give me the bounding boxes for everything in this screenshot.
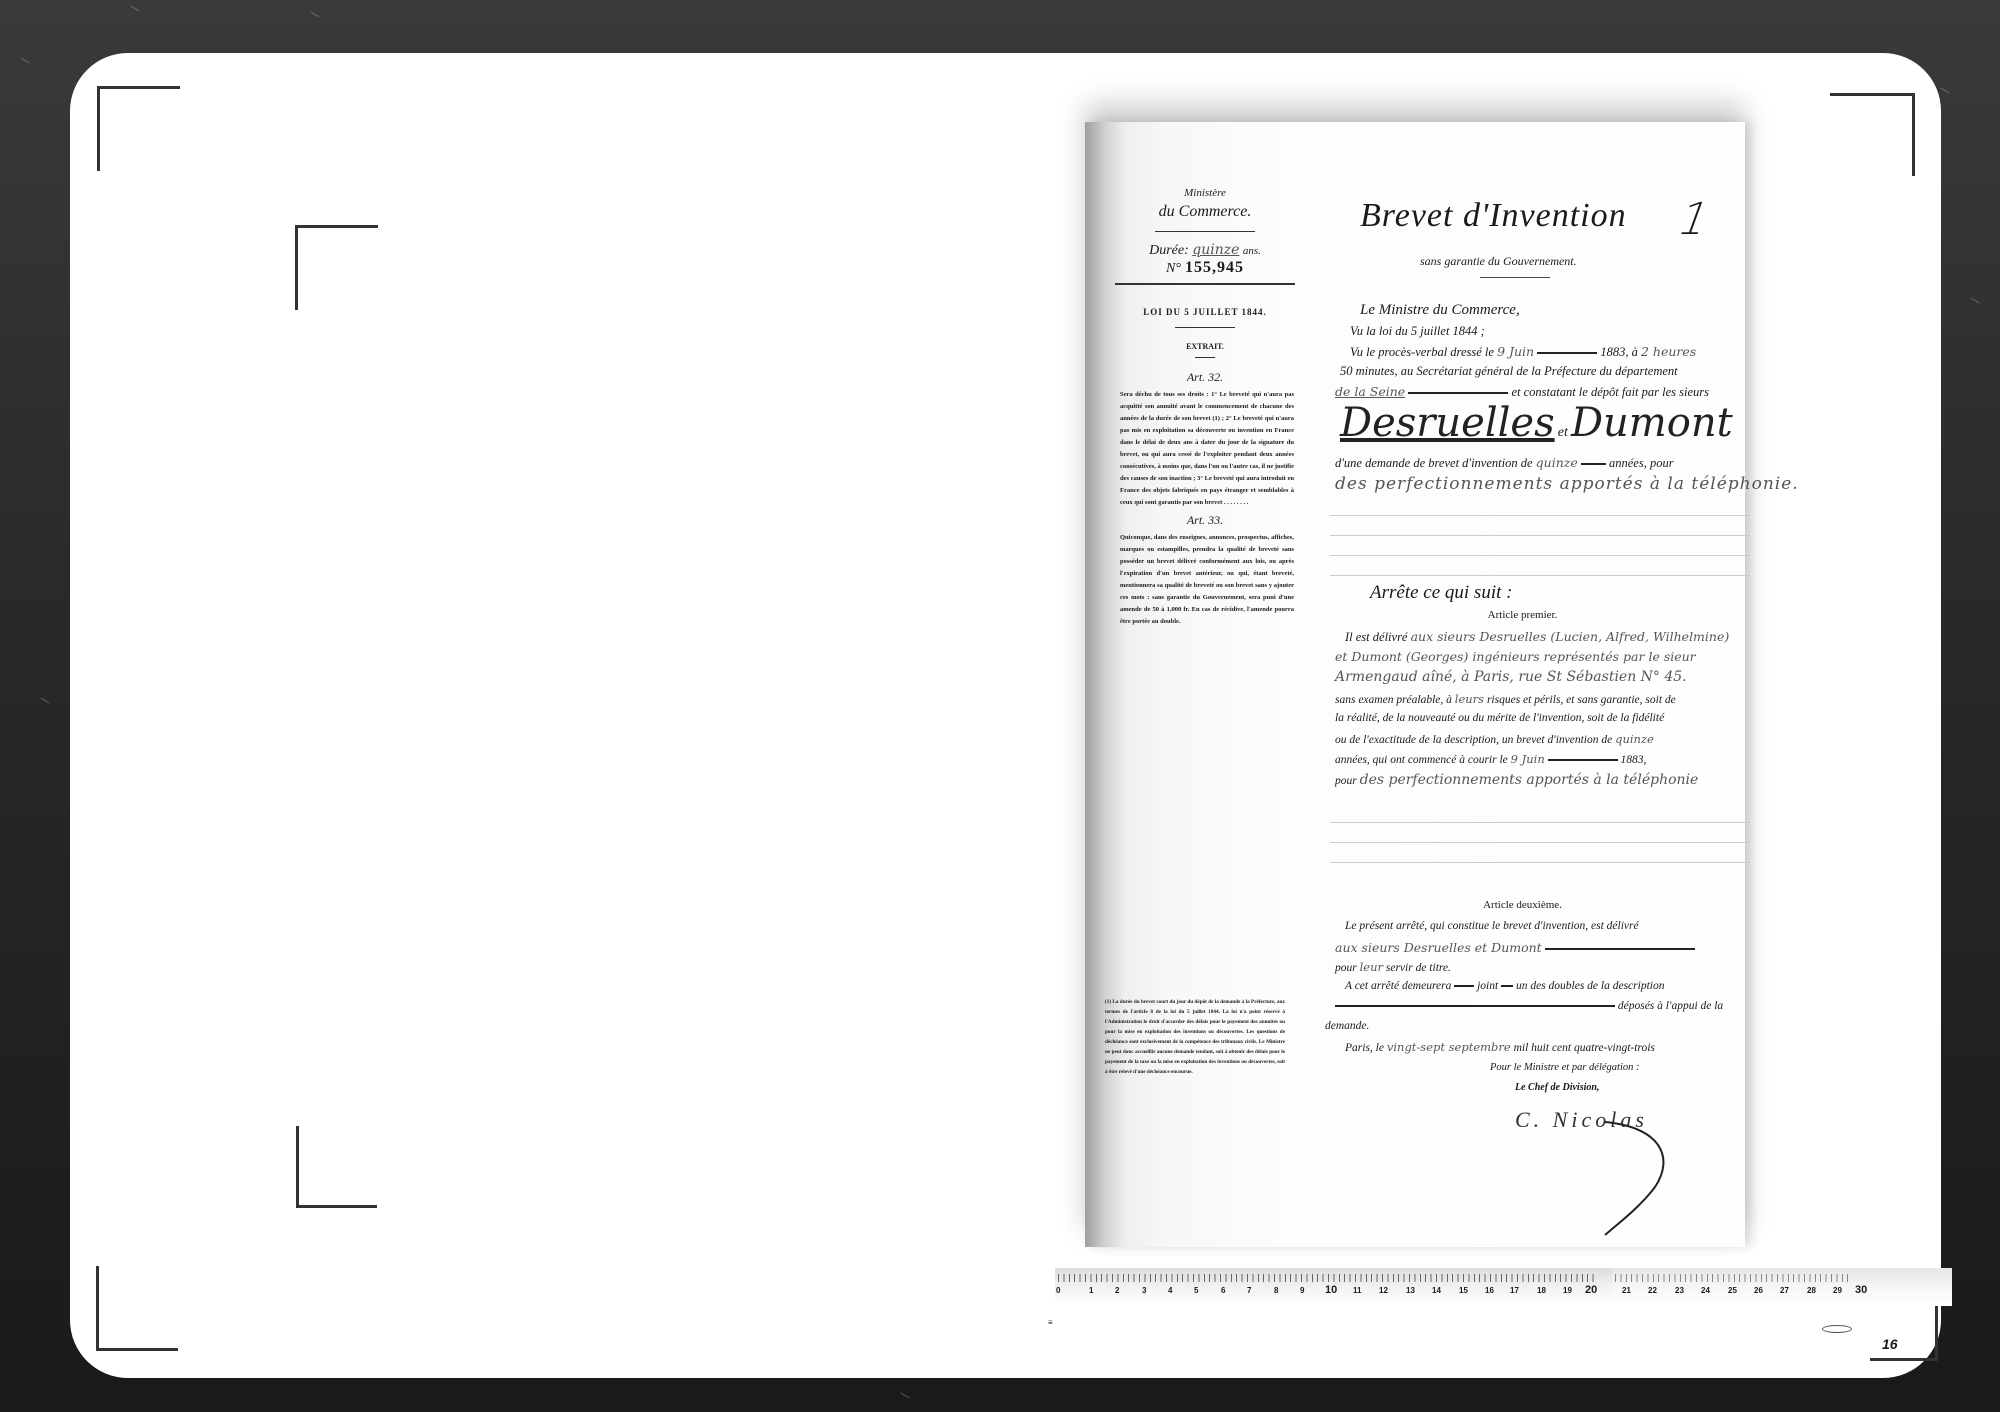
and-text: et bbox=[1558, 425, 1568, 440]
article-32-text: Sera déchu de tous ses droits : 1° Le br… bbox=[1110, 389, 1300, 509]
blank-line bbox=[1581, 463, 1606, 465]
a1-l4-prefix: sans examen préalable, à bbox=[1335, 694, 1452, 706]
ruler-label: 6 bbox=[1221, 1286, 1225, 1295]
empty-ruled-line bbox=[1330, 555, 1750, 556]
a1-l6-prefix: ou de l'exactitude de la description, un… bbox=[1335, 734, 1612, 746]
minister-heading: Le Ministre du Commerce, bbox=[1360, 302, 1520, 319]
ruler-label: 22 bbox=[1648, 1286, 1657, 1295]
blank-line bbox=[1501, 985, 1513, 987]
crop-mark-bottom-left-outer bbox=[96, 1266, 178, 1351]
article-2-line-4: A cet arrêté demeurera joint un des doub… bbox=[1345, 980, 1664, 992]
blank-line bbox=[1545, 948, 1695, 950]
a2-l3-prefix: pour bbox=[1335, 962, 1357, 974]
demand-line: d'une demande de brevet d'invention de q… bbox=[1335, 455, 1674, 471]
article-2-line-6: demande. bbox=[1325, 1020, 1369, 1032]
article-2-line-1: Le présent arrêté, qui constitue le brev… bbox=[1345, 920, 1639, 932]
ruler-label: 13 bbox=[1406, 1286, 1415, 1295]
ruler-label: 5 bbox=[1194, 1286, 1198, 1295]
a2-l4-a: A cet arrêté demeurera bbox=[1345, 980, 1451, 992]
demand-suffix: années, pour bbox=[1609, 456, 1674, 470]
ruler-label: 9 bbox=[1300, 1286, 1304, 1295]
archive-stamp-icon bbox=[1822, 1325, 1852, 1333]
ruler-label: 26 bbox=[1754, 1286, 1763, 1295]
demand-prefix: d'une demande de brevet d'invention de bbox=[1335, 456, 1533, 470]
ruler-label: 3 bbox=[1142, 1286, 1146, 1295]
duration-field: Durée: quinze ans. bbox=[1110, 242, 1300, 259]
applicant-2: Dumont bbox=[1571, 400, 1733, 446]
ruler-label: 1 bbox=[1089, 1286, 1093, 1295]
a1-l7-year: 1883, bbox=[1620, 754, 1646, 766]
duration-unit: ans. bbox=[1243, 245, 1261, 257]
article-1-line-2: et Dumont (Georges) ingénieurs représent… bbox=[1335, 649, 1696, 664]
ruler-label: 16 bbox=[1485, 1286, 1494, 1295]
a2-l5-text: déposés à l'appui de la bbox=[1618, 1000, 1723, 1012]
document-title: Brevet d'Invention bbox=[1360, 197, 1627, 235]
a1-l8-fill: des perfectionnements apportés à la télé… bbox=[1360, 772, 1699, 788]
article-1-line-5: la réalité, de la nouveauté ou du mérite… bbox=[1335, 712, 1664, 724]
a2-l4-b: joint bbox=[1477, 980, 1498, 992]
ruler-label: 4 bbox=[1168, 1286, 1172, 1295]
article-2-line-5: déposés à l'appui de la bbox=[1335, 1000, 1723, 1012]
ruler-label: 28 bbox=[1807, 1286, 1816, 1295]
crop-mark-top-left-inner bbox=[295, 225, 378, 310]
ruler-label: 15 bbox=[1459, 1286, 1468, 1295]
article-33-title: Art. 33. bbox=[1110, 513, 1300, 528]
blank-line bbox=[1335, 1005, 1615, 1007]
ruler-label: 0 bbox=[1056, 1286, 1060, 1295]
subtitle-rule bbox=[1480, 277, 1550, 278]
ruler-label: 19 bbox=[1563, 1286, 1572, 1295]
page-number: 16 bbox=[1882, 1336, 1898, 1352]
document-sidebar: Ministère du Commerce. Durée: quinze ans… bbox=[1110, 122, 1300, 628]
article-2-line-2: aux sieurs Desruelles et Dumont bbox=[1335, 940, 1695, 956]
duration-value: quinze bbox=[1192, 242, 1239, 258]
law-heading: LOI DU 5 JUILLET 1844. bbox=[1110, 307, 1300, 317]
deposit-text: et constatant le dépôt fait par les sieu… bbox=[1511, 385, 1709, 399]
article-1-line-1: Il est délivré aux sieurs Desruelles (Lu… bbox=[1345, 629, 1729, 645]
section-rule bbox=[1115, 283, 1295, 285]
article-1-heading: Article premier. bbox=[1310, 609, 1735, 621]
patent-number-value: 155,945 bbox=[1185, 259, 1244, 276]
article-32-title: Art. 32. bbox=[1110, 370, 1300, 385]
ruler-label: 18 bbox=[1537, 1286, 1546, 1295]
measurement-ruler: 0 1 2 3 4 5 6 7 8 9 10 11 12 13 14 15 16… bbox=[1055, 1268, 1615, 1306]
ruler-label: 24 bbox=[1701, 1286, 1710, 1295]
a1-l4-fill: leurs bbox=[1455, 692, 1484, 706]
ruler-label: 11 bbox=[1353, 1286, 1361, 1295]
a2-l3-suffix: servir de titre. bbox=[1386, 962, 1451, 974]
ruler-label: 10 bbox=[1325, 1284, 1337, 1296]
patent-number-label: N° bbox=[1166, 261, 1181, 276]
applicants-line: Desruelles et Dumont bbox=[1340, 400, 1733, 446]
law-footnote: (1) La durée du brevet court du jour du … bbox=[1105, 997, 1285, 1077]
blank-line bbox=[1537, 352, 1597, 354]
ornament-rule bbox=[1155, 231, 1255, 232]
ruler-label: 14 bbox=[1432, 1286, 1441, 1295]
delegation-line: Pour le Ministre et par délégation : bbox=[1490, 1062, 1640, 1073]
empty-ruled-line bbox=[1330, 842, 1750, 843]
ruler-label: 17 bbox=[1510, 1286, 1519, 1295]
article-1-line-6: ou de l'exactitude de la description, un… bbox=[1335, 732, 1654, 746]
article-2-line-3: pour leur servir de titre. bbox=[1335, 960, 1451, 974]
ruler-label: 27 bbox=[1780, 1286, 1789, 1295]
folio-mark: 1 bbox=[1671, 194, 1718, 245]
extract-rule bbox=[1195, 357, 1215, 358]
ruler-label: 12 bbox=[1379, 1286, 1388, 1295]
archive-mark: ≡ bbox=[1048, 1318, 1053, 1327]
invention-title: des perfectionnements apportés à la télé… bbox=[1335, 474, 1799, 494]
crop-mark-top-right bbox=[1830, 93, 1915, 176]
article-33-text: Quiconque, dans des enseignes, annonces,… bbox=[1110, 532, 1300, 628]
signature-flourish bbox=[1600, 1117, 1680, 1237]
empty-ruled-line bbox=[1330, 515, 1750, 516]
ruler-label: 30 bbox=[1855, 1284, 1867, 1296]
department-line: de la Seine et constatant le dépôt fait … bbox=[1335, 384, 1709, 400]
place-date-suffix: mil huit cent quatre-vingt-trois bbox=[1514, 1042, 1655, 1054]
empty-ruled-line bbox=[1330, 575, 1750, 576]
crop-mark-top-left-outer bbox=[97, 86, 180, 171]
empty-ruled-line bbox=[1330, 862, 1750, 863]
document-subtitle: sans garantie du Gouvernement. bbox=[1420, 254, 1577, 269]
ruler-label: 8 bbox=[1274, 1286, 1278, 1295]
blank-line bbox=[1408, 392, 1508, 394]
article-1-line-7: années, qui ont commencé à courir le 9 J… bbox=[1335, 752, 1646, 766]
ruler-ticks bbox=[1058, 1274, 1598, 1282]
pv-date: 9 Juin bbox=[1497, 344, 1534, 359]
patent-number-field: N° 155,945 bbox=[1110, 259, 1300, 277]
applicant-1: Desruelles bbox=[1340, 400, 1555, 446]
a2-l3-fill: leur bbox=[1360, 960, 1383, 974]
extract-label: EXTRAIT. bbox=[1110, 342, 1300, 351]
article-1-line-3: Armengaud aîné, à Paris, rue St Sébastie… bbox=[1335, 669, 1687, 685]
place-date-prefix: Paris, le bbox=[1345, 1042, 1384, 1054]
department-value: de la Seine bbox=[1335, 384, 1405, 399]
pv-year: 1883, à bbox=[1600, 345, 1638, 359]
arrete-heading: Arrête ce qui suit : bbox=[1370, 582, 1512, 604]
ruler-label: 21 bbox=[1622, 1286, 1631, 1295]
law-reference: Vu la loi du 5 juillet 1844 ; bbox=[1350, 324, 1485, 339]
empty-ruled-line bbox=[1330, 535, 1750, 536]
ruler-label: 7 bbox=[1247, 1286, 1251, 1295]
empty-ruled-line bbox=[1330, 822, 1750, 823]
place-date-line: Paris, le vingt-sept septembre mil huit … bbox=[1345, 1040, 1655, 1054]
a1-grantees: aux sieurs Desruelles (Lucien, Alfred, W… bbox=[1411, 629, 1730, 644]
article-1-line-8: pour des perfectionnements apportés à la… bbox=[1335, 772, 1698, 788]
law-rule bbox=[1175, 327, 1235, 328]
ruler-label: 20 bbox=[1585, 1284, 1597, 1296]
pv-prefix: Vu le procès-verbal dressé le bbox=[1350, 345, 1494, 359]
a2-grantees: aux sieurs Desruelles et Dumont bbox=[1335, 940, 1542, 955]
ruler-label: 23 bbox=[1675, 1286, 1684, 1295]
duration-label: Durée: bbox=[1149, 243, 1189, 258]
a1-l7-date: 9 Juin bbox=[1511, 752, 1545, 766]
a1-l6-fill: quinze bbox=[1615, 732, 1654, 746]
blank-line bbox=[1454, 985, 1474, 987]
proces-verbal-line: Vu le procès-verbal dressé le 9 Juin 188… bbox=[1350, 344, 1696, 360]
crop-mark-bottom-left-inner bbox=[296, 1126, 377, 1208]
a1-l8-prefix: pour bbox=[1335, 775, 1357, 787]
a1-l4-suffix: risques et périls, et sans garantie, soi… bbox=[1487, 694, 1676, 706]
a1-l7-prefix: années, qui ont commencé à courir le bbox=[1335, 754, 1508, 766]
patent-document: Ministère du Commerce. Durée: quinze ans… bbox=[1085, 122, 1745, 1247]
ministry-label: Ministère bbox=[1110, 187, 1300, 199]
article-1-line-4: sans examen préalable, à leurs risques e… bbox=[1335, 692, 1676, 706]
ruler-label: 29 bbox=[1833, 1286, 1842, 1295]
place-date-fill: vingt-sept septembre bbox=[1387, 1040, 1511, 1054]
ruler-ticks bbox=[1615, 1274, 1851, 1282]
ruler-label: 25 bbox=[1728, 1286, 1737, 1295]
ministry-name: du Commerce. bbox=[1110, 203, 1300, 221]
division-chief: Le Chef de Division, bbox=[1515, 1082, 1599, 1093]
blank-line bbox=[1548, 759, 1618, 761]
a2-l4-c: un des doubles de la description bbox=[1516, 980, 1665, 992]
ruler-label: 2 bbox=[1115, 1286, 1119, 1295]
pv-minutes-line: 50 minutes, au Secrétariat général de la… bbox=[1340, 364, 1678, 379]
pv-hour: 2 heures bbox=[1641, 344, 1696, 359]
article-2-heading: Article deuxième. bbox=[1310, 899, 1735, 911]
a1-prefix: Il est délivré bbox=[1345, 630, 1407, 644]
demand-years: quinze bbox=[1536, 455, 1578, 470]
measurement-ruler-right: 21 22 23 24 25 26 27 28 29 30 bbox=[1612, 1268, 1952, 1306]
